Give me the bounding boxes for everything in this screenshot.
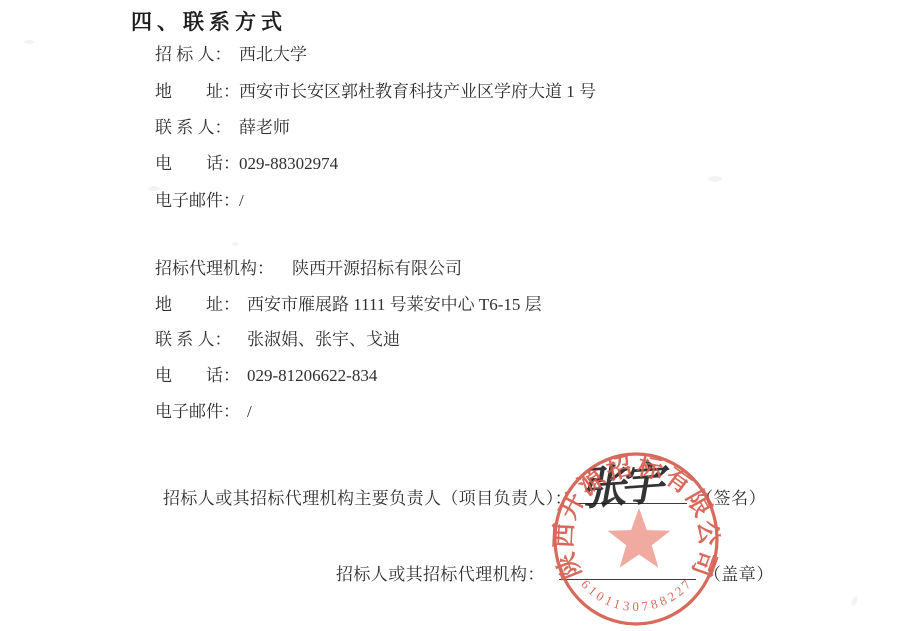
field-label: 电 话：: [155, 365, 237, 386]
field-value: 西北大学: [237, 45, 307, 64]
field-label: 电 话：: [155, 153, 237, 174]
field-value: 张淑娟、张宇、戈迪: [237, 330, 400, 349]
contact-row: 电 话：029-81206622-834: [155, 365, 377, 386]
scan-speck: [708, 176, 722, 182]
field-value: 薛老师: [237, 118, 290, 137]
field-label: 地 址：: [155, 81, 237, 102]
page-title: 四、联系方式: [131, 6, 287, 36]
scan-speck: [850, 595, 858, 606]
seal-serial-text: 6101130788227: [578, 577, 694, 614]
field-label: 招标代理机构：: [155, 258, 274, 279]
star-icon: [608, 508, 671, 568]
contact-row: 电 话：029-88302974: [155, 153, 338, 174]
contact-row: 地 址：西安市雁展路 1111 号莱安中心 T6-15 层: [155, 294, 542, 315]
field-label: 招 标 人：: [155, 44, 237, 65]
field-label: 电子邮件：: [155, 401, 237, 422]
field-value: /: [237, 191, 244, 210]
document-page: 四、联系方式 招 标 人：西北大学 地 址：西安市长安区郭杜教育科技产业区学府大…: [0, 0, 899, 631]
signoff-org-label: 招标人或其招标代理机构：: [336, 565, 545, 584]
contact-row: 联 系 人：薛老师: [155, 117, 290, 138]
field-value: 029-81206622-834: [237, 366, 377, 385]
svg-text:6101130788227: 6101130788227: [578, 577, 694, 614]
field-value: 西安市长安区郭杜教育科技产业区学府大道 1 号: [237, 82, 596, 101]
field-value: 陕西开源招标有限公司: [274, 259, 462, 278]
contact-row: 电子邮件：/: [155, 401, 252, 422]
signoff-leader-label: 招标人或其招标代理机构主要负责人（项目负责人）：: [163, 489, 572, 508]
scan-speck: [232, 242, 239, 246]
scan-speck: [24, 40, 34, 44]
contact-row: 电子邮件：/: [155, 190, 244, 211]
field-value: 029-88302974: [237, 154, 338, 173]
field-label: 地 址：: [155, 294, 237, 315]
field-label: 电子邮件：: [155, 190, 237, 211]
contact-row: 地 址：西安市长安区郭杜教育科技产业区学府大道 1 号: [155, 81, 596, 102]
field-label: 联 系 人：: [155, 117, 237, 138]
field-value: /: [237, 402, 252, 421]
contact-row: 招标代理机构：陕西开源招标有限公司: [155, 258, 462, 279]
field-value: 西安市雁展路 1111 号莱安中心 T6-15 层: [237, 295, 542, 314]
company-seal-stamp: 陕西开源招标有限公司 6101130788227: [551, 451, 722, 628]
contact-row: 招 标 人：西北大学: [155, 44, 307, 65]
scan-speck: [148, 186, 160, 191]
contact-row: 联 系 人：张淑娟、张宇、戈迪: [155, 329, 400, 350]
field-label: 联 系 人：: [155, 329, 237, 350]
